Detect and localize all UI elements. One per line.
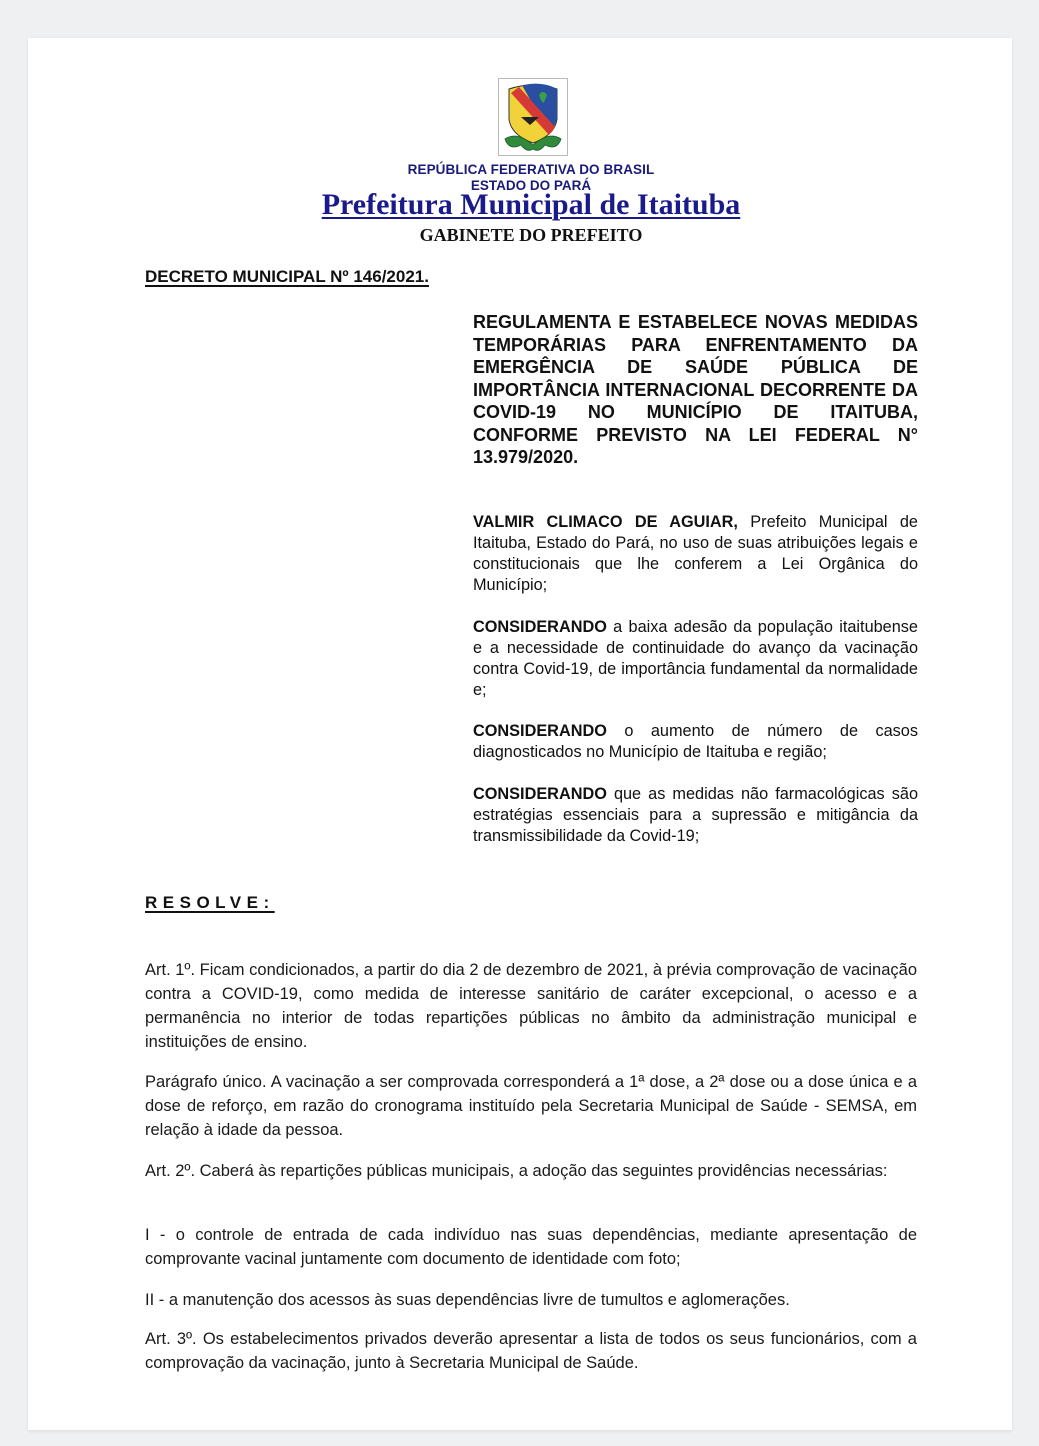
article-2: Art. 2º. Caberá às repartições públicas … xyxy=(145,1159,917,1183)
article-1: Art. 1º. Ficam condicionados, a partir d… xyxy=(145,958,917,1054)
considerando-lead: CONSIDERANDO xyxy=(473,618,607,636)
paragrafo-unico: Parágrafo único. A vacinação a ser compr… xyxy=(145,1070,917,1142)
considerando-lead: CONSIDERANDO xyxy=(473,722,607,740)
considerando-2: CONSIDERANDO o aumento de número de caso… xyxy=(473,721,918,763)
header-republica: REPÚBLICA FEDERATIVA DO BRASIL xyxy=(28,162,1034,177)
decree-title: DECRETO MUNICIPAL Nº 146/2021. xyxy=(145,267,429,287)
coat-of-arms-icon xyxy=(498,78,568,156)
preamble-paragraph: VALMIR CLIMACO DE AGUIAR, Prefeito Munic… xyxy=(473,512,918,596)
header-prefeitura: Prefeitura Municipal de Itaituba xyxy=(28,188,1034,222)
inciso-2: II - a manutenção dos acessos às suas de… xyxy=(145,1288,917,1312)
considerando-lead: CONSIDERANDO xyxy=(473,785,607,803)
considerando-3: CONSIDERANDO que as medidas não farmacol… xyxy=(473,784,918,847)
decree-ementa: REGULAMENTA E ESTABELECE NOVAS MEDIDAS T… xyxy=(473,311,918,469)
header-gabinete: GABINETE DO PREFEITO xyxy=(28,225,1034,246)
mayor-name: VALMIR CLIMACO DE AGUIAR, xyxy=(473,513,738,531)
inciso-1: I - o controle de entrada de cada indiví… xyxy=(145,1223,917,1271)
considerando-1: CONSIDERANDO a baixa adesão da população… xyxy=(473,617,918,701)
article-3: Art. 3º. Os estabelecimentos privados de… xyxy=(145,1327,917,1375)
document-page: REPÚBLICA FEDERATIVA DO BRASIL ESTADO DO… xyxy=(28,38,1012,1430)
resolve-heading: RESOLVE: xyxy=(145,893,275,913)
